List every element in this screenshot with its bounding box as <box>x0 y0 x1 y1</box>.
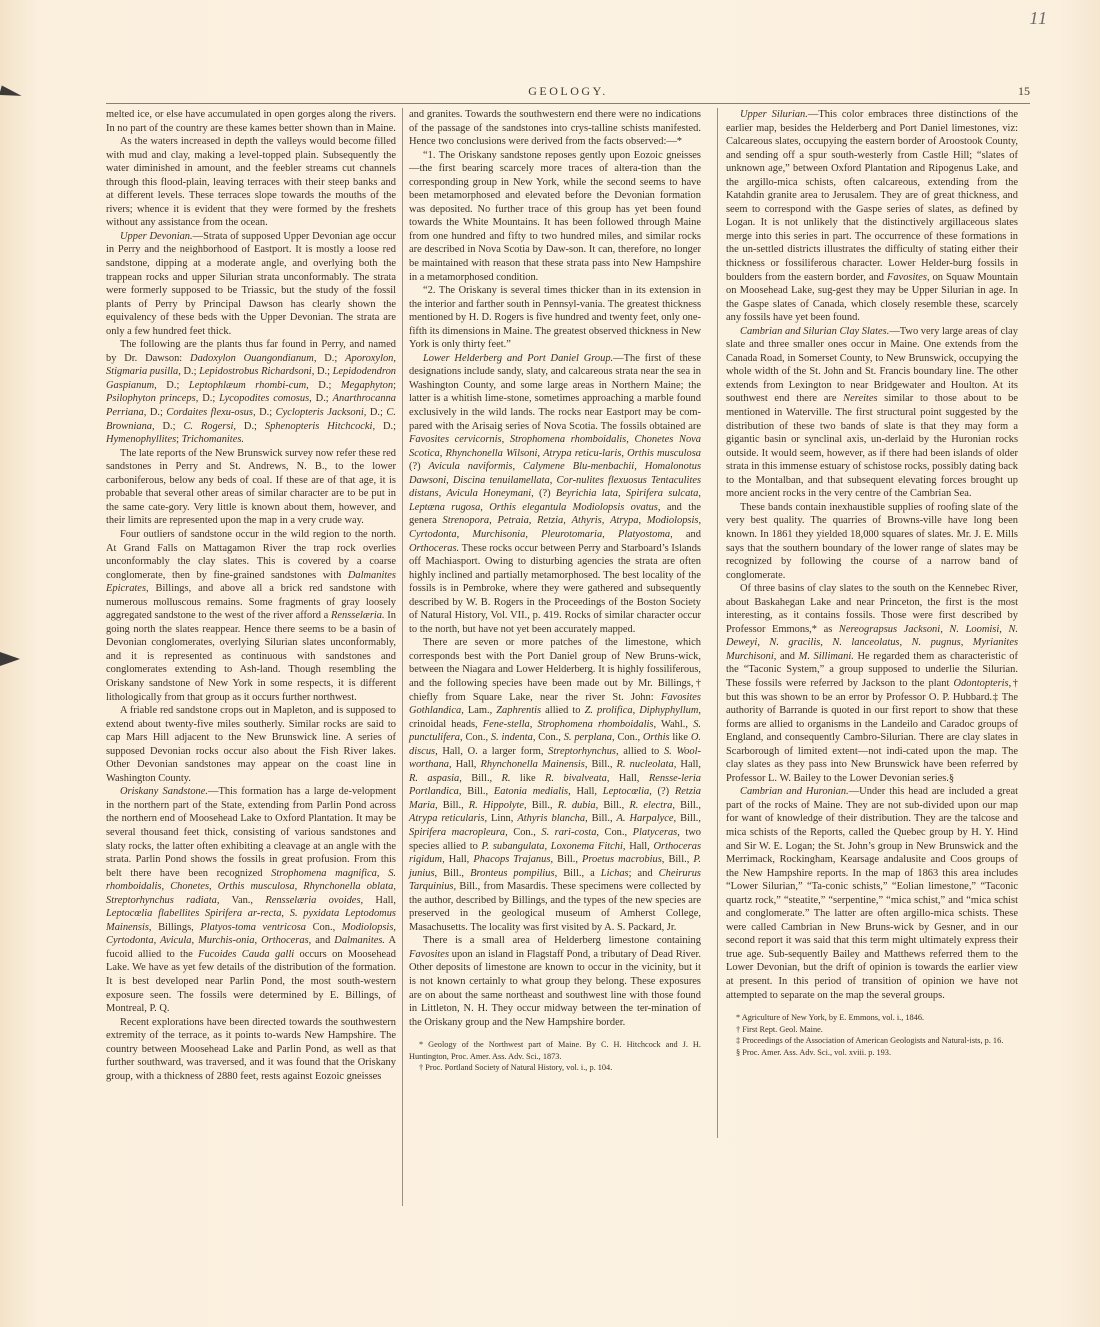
paragraph: A friable red sandstone crops out in Map… <box>106 704 396 785</box>
text-columns: melted ice, or else have accumulated in … <box>106 108 1030 1278</box>
column-2: and granites. Towards the southwestern e… <box>409 108 701 1074</box>
page-number: 15 <box>1018 84 1030 99</box>
footnote: § Proc. Amer. Ass. Adv. Sci., vol. xviii… <box>726 1047 1018 1059</box>
paragraph: and granites. Towards the southwestern e… <box>409 108 701 149</box>
paragraph: As the waters increased in depth the val… <box>106 135 396 230</box>
paragraph: Lower Helderberg and Port Daniel Group.—… <box>409 352 701 636</box>
corner-annotation: 11 <box>1029 8 1048 29</box>
paragraph: Upper Devonian.—Strata of supposed Upper… <box>106 230 396 338</box>
column-body: Upper Silurian.—This color embraces thre… <box>726 108 1018 1002</box>
paragraph: Of three basins of clay slates to the so… <box>726 582 1018 785</box>
paragraph: There are seven or more patches of the l… <box>409 636 701 934</box>
column-footnotes: * Geology of the Northwest part of Maine… <box>409 1039 701 1074</box>
paragraph: Recent explorations have been directed t… <box>106 1016 396 1084</box>
footnote: ‡ Proceedings of the Association of Amer… <box>726 1035 1018 1047</box>
paragraph: Cambrian and Huronian.—Under this head a… <box>726 785 1018 1002</box>
paragraph: “1. The Oriskany sandstone reposes gentl… <box>409 149 701 284</box>
paragraph: The following are the plants thus far fo… <box>106 338 396 446</box>
running-header: GEOLOGY. 15 <box>106 84 1030 102</box>
column-divider <box>402 108 403 1206</box>
header-rule <box>106 103 1030 104</box>
paragraph: melted ice, or else have accumulated in … <box>106 108 396 135</box>
column-body: melted ice, or else have accumulated in … <box>106 108 396 1083</box>
footnote: * Agriculture of New York, by E. Emmons,… <box>726 1012 1018 1024</box>
running-title: GEOLOGY. <box>106 84 1030 99</box>
column-3: Upper Silurian.—This color embraces thre… <box>726 108 1018 1058</box>
column-footnotes: * Agriculture of New York, by E. Emmons,… <box>726 1012 1018 1058</box>
paragraph: There is a small area of Helderberg lime… <box>409 934 701 1029</box>
paragraph: Cambrian and Silurian Clay Slates.—Two v… <box>726 325 1018 501</box>
column-divider <box>717 108 718 1138</box>
footnote: † Proc. Portland Society of Natural Hist… <box>409 1062 701 1074</box>
paragraph: The late reports of the New Brunswick su… <box>106 447 396 528</box>
paragraph: These bands contain inexhaustible suppli… <box>726 501 1018 582</box>
column-1: melted ice, or else have accumulated in … <box>106 108 396 1083</box>
footnote: * Geology of the Northwest part of Maine… <box>409 1039 701 1062</box>
paragraph: Four outliers of sandstone occur in the … <box>106 528 396 704</box>
paragraph: Upper Silurian.—This color embraces thre… <box>726 108 1018 325</box>
paragraph: “2. The Oriskany is several times thicke… <box>409 284 701 352</box>
footnote: † First Rept. Geol. Maine. <box>726 1024 1018 1036</box>
column-body: and granites. Towards the southwestern e… <box>409 108 701 1029</box>
paragraph: Oriskany Sandstone.—This formation has a… <box>106 785 396 1015</box>
